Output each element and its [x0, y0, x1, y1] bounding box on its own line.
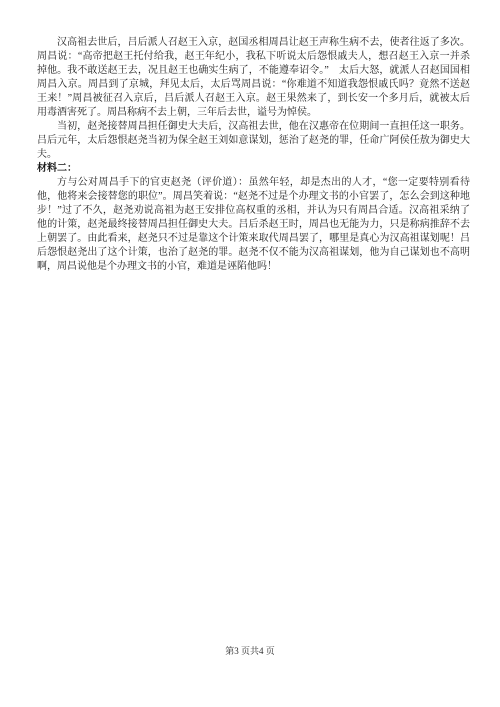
page-number-footer: 第3 页共4 页 — [0, 645, 500, 657]
document-content: 汉高祖去世后，吕后派人召赵王入京，赵国丞相周昌让赵王声称生病不去，使者往返了多次… — [37, 36, 470, 274]
material-two-paragraph-1: 方与公对周昌手下的官吏赵尧（评价道）：虽然年轻，却是杰出的人才，“您一定要特别看… — [37, 176, 470, 274]
material-one-paragraph-2: 当初，赵尧接替周昌担任御史大夫后，汉高祖去世，他在汉惠帝在位期间一直担任这一职务… — [37, 120, 470, 162]
document-page: 汉高祖去世后，吕后派人召赵王入京，赵国丞相周昌让赵王声称生病不去，使者往返了多次… — [0, 0, 500, 707]
material-two-heading: 材料二： — [37, 162, 470, 176]
material-one-paragraph-1: 汉高祖去世后，吕后派人召赵王入京，赵国丞相周昌让赵王声称生病不去，使者往返了多次… — [37, 36, 470, 120]
